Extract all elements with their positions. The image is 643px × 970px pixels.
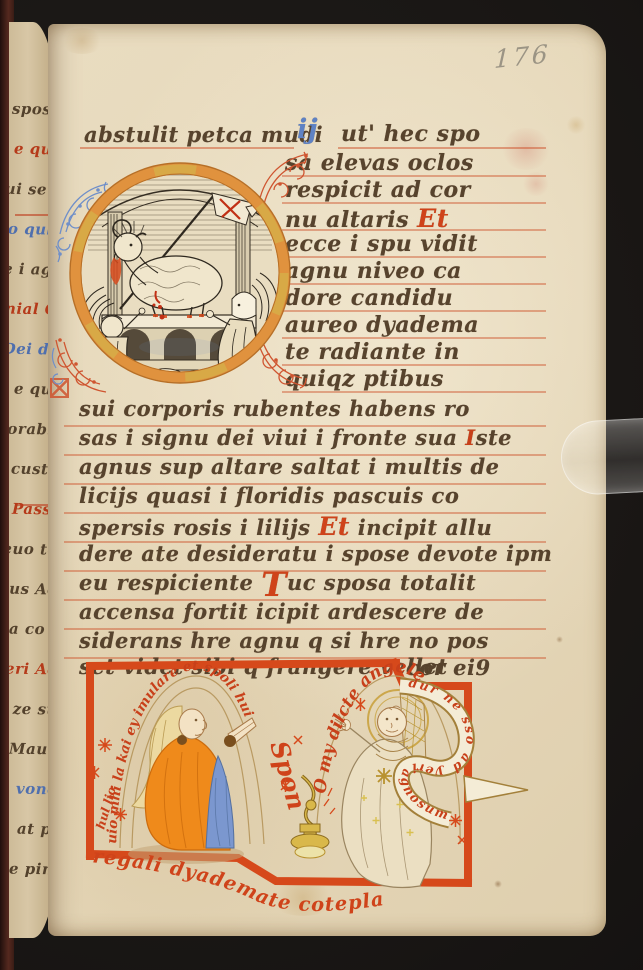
text-line: ut' hec spo bbox=[341, 121, 481, 147]
text-line: spersis rosis i lilijs Et incipit allu bbox=[79, 512, 492, 541]
text-line: sui corporis rubentes habens ro bbox=[79, 396, 470, 421]
foxing-spot bbox=[556, 636, 563, 643]
text-line: dere ate desideratu i spose devote ipm bbox=[79, 541, 552, 566]
text-line: licijs quasi i floridis pascuis co bbox=[79, 483, 459, 508]
text-segment: eu respiciente bbox=[79, 570, 261, 595]
text-segment: uc sposa totalit bbox=[287, 570, 476, 595]
text-line: te radiante in bbox=[285, 339, 460, 365]
medallion-engraving bbox=[64, 157, 296, 389]
text-line: eu respiciente Tuc sposa totalit bbox=[79, 570, 476, 595]
blue-paragraph-mark: ij bbox=[297, 114, 318, 145]
text-segment: sas i signu dei viui i fronte sua bbox=[79, 425, 465, 450]
sponsa-figure bbox=[128, 706, 256, 864]
text-line: sas i signu dei viui i fronte sua Iste bbox=[79, 425, 512, 450]
stain bbox=[500, 128, 552, 170]
red-initial: Et bbox=[318, 512, 350, 541]
text-line: agnu niveo ca bbox=[285, 258, 462, 284]
text-line: sa elevas oclos bbox=[285, 150, 474, 176]
spon-inscription: Spon bbox=[264, 738, 311, 814]
red-initial: I bbox=[465, 425, 475, 450]
text-line: agnus sup altare saltat i multis de bbox=[79, 454, 500, 479]
text-segment: incipit allu bbox=[350, 515, 492, 540]
stain bbox=[566, 116, 586, 134]
text-segment: spersis rosis i lilijs bbox=[79, 515, 318, 540]
red-initial: Et bbox=[417, 204, 449, 233]
stain bbox=[522, 172, 550, 196]
text-line: dore candidu bbox=[285, 285, 453, 311]
miniature-frame-scene: dur ne sso ad yeri agnosum uio mhi la ka… bbox=[78, 648, 548, 918]
text-segment: ste bbox=[476, 425, 512, 450]
text-line: quiqz ptibus bbox=[285, 366, 444, 392]
text-line: accensa fortit icipit ardescere de bbox=[79, 599, 484, 624]
manuscript-photo: v sposi e qui uit ui seu Ouo qub uate i … bbox=[0, 0, 643, 970]
text-line: abstulit petca mudi bbox=[84, 122, 323, 147]
stain bbox=[60, 28, 104, 54]
banderole: dur ne sso ad yeri agnosum bbox=[398, 675, 528, 823]
agnus-dei-medallion bbox=[64, 157, 296, 389]
text-line: aureo dyadema bbox=[285, 312, 479, 338]
banderole-tail bbox=[464, 776, 528, 802]
page-number: 176 bbox=[494, 39, 551, 74]
text-line: respicit ad cor bbox=[285, 177, 471, 203]
text-line: ecce i spu vidit bbox=[285, 231, 478, 257]
